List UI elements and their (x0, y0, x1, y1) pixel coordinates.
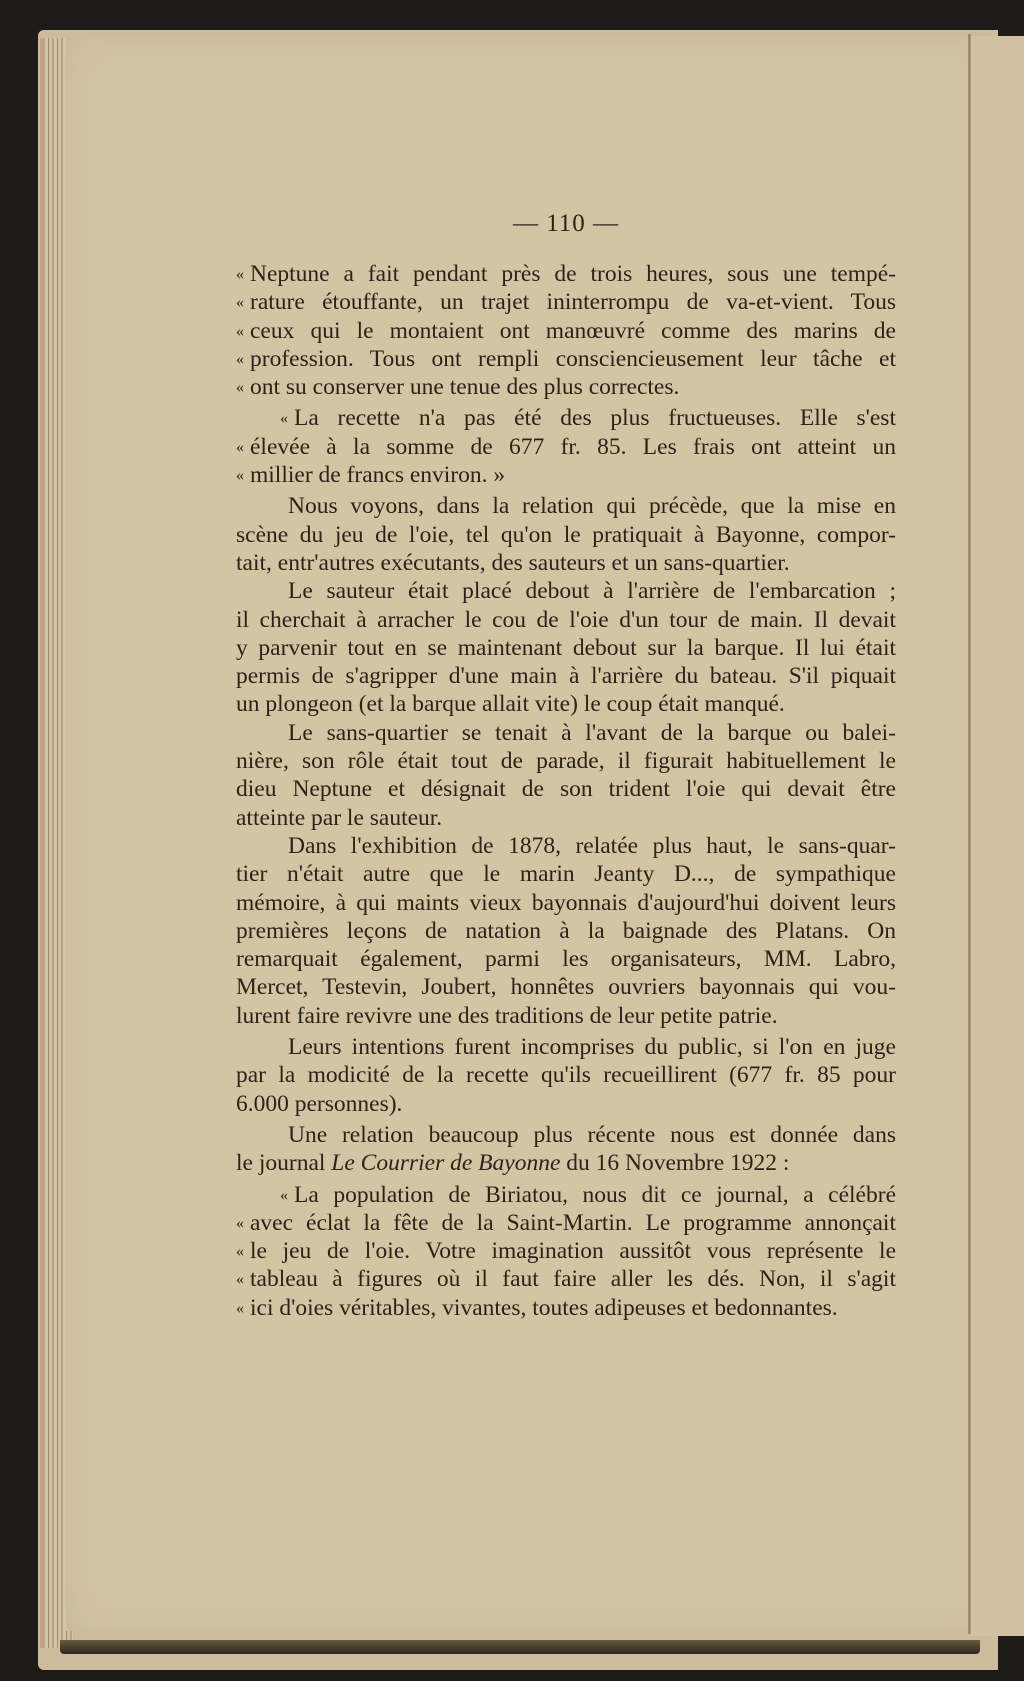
page-bottom-edge (60, 1640, 980, 1654)
text-line: par la modicité de la recette qu'ils rec… (236, 1061, 896, 1089)
facing-page-edge (971, 36, 1024, 1636)
text-line: mémoire, à qui maints vieux bayonnais d'… (236, 889, 896, 917)
text-line: «ont su conserver une tenue des plus cor… (236, 373, 896, 401)
text-line: remarquait également, parmi les organisa… (236, 945, 896, 973)
text-line: nière, son rôle était tout de parade, il… (236, 747, 896, 775)
text-line: lurent faire revivre une des traditions … (236, 1002, 896, 1030)
text-line: «profession. Tous ont rempli consciencie… (236, 345, 896, 373)
text-line: Leurs intentions furent incomprises du p… (236, 1033, 896, 1061)
text-line: «tableau à figures où il faut faire alle… (236, 1265, 896, 1293)
paragraph: Nous voyons, dans la relation qui précèd… (236, 492, 896, 577)
text-line: premières leçons de natation à la baigna… (236, 917, 896, 945)
page-number: — 110 — (236, 210, 896, 238)
text-line: Mercet, Testevin, Joubert, honnêtes ouvr… (236, 973, 896, 1001)
text-line: scène du jeu de l'oie, tel qu'on le prat… (236, 521, 896, 549)
quote-mark: « (236, 266, 244, 283)
text-line: «rature étouffante, un trajet ininterrom… (236, 288, 896, 316)
text-line: tait, entr'autres exécutants, des sauteu… (236, 549, 896, 577)
quote-mark: « (236, 467, 244, 484)
text-line: «le jeu de l'oie. Votre imagination auss… (236, 1237, 896, 1265)
quote-mark: « (236, 1243, 244, 1260)
text-line-with-citation: le journal Le Courrier de Bayonne du 16 … (236, 1149, 896, 1177)
newspaper-title: Le Courrier de Bayonne (331, 1150, 560, 1176)
text-line: «ici d'oies véritables, vivantes, toutes… (236, 1294, 896, 1322)
text-line: «millier de francs environ. » (236, 461, 896, 489)
text-line: 6.000 personnes). (236, 1090, 896, 1118)
paragraph: Dans l'exhibition de 1878, relatée plus … (236, 832, 896, 1030)
quote-mark: « (236, 323, 244, 340)
quote-mark: « (236, 379, 244, 396)
text-line: il cherchait à arracher le cou de l'oie … (236, 606, 896, 634)
paragraph: Le sauteur était placé debout à l'arrièr… (236, 577, 896, 718)
text-line: «élevée à la somme de 677 fr. 85. Les fr… (236, 433, 896, 461)
paragraph: Le sans-quartier se tenait à l'avant de … (236, 719, 896, 832)
text-line: y parvenir tout en se maintenant debout … (236, 634, 896, 662)
quote-mark: « (236, 1215, 244, 1232)
text-line: atteinte par le sauteur. (236, 804, 896, 832)
text-line: Le sans-quartier se tenait à l'avant de … (236, 719, 896, 747)
text-line: «La population de Biriatou, nous dit ce … (236, 1181, 896, 1209)
paragraph-quote: «La recette n'a pas été des plus fructue… (236, 404, 896, 489)
text-line: «ceux qui le montaient ont manœuvré comm… (236, 317, 896, 345)
text-line: dieu Neptune et désignait de son trident… (236, 775, 896, 803)
text-line: Dans l'exhibition de 1878, relatée plus … (236, 832, 896, 860)
text-line: Nous voyons, dans la relation qui précèd… (236, 492, 896, 520)
text-line: tier n'était autre que le marin Jeanty D… (236, 860, 896, 888)
text-line: «Neptune a fait pendant près de trois he… (236, 260, 896, 288)
quote-mark: « (236, 439, 244, 456)
quote-mark: « (236, 351, 244, 368)
paragraph-quote-continued: «Neptune a fait pendant près de trois he… (236, 260, 896, 401)
quote-mark: « (280, 1187, 288, 1204)
quote-mark: « (236, 1300, 244, 1317)
quote-mark: « (236, 294, 244, 311)
paragraph-quote: «La population de Biriatou, nous dit ce … (236, 1181, 896, 1322)
text-line: «La recette n'a pas été des plus fructue… (236, 404, 896, 432)
quote-mark: « (236, 1271, 244, 1288)
text-line: Une relation beaucoup plus récente nous … (236, 1121, 896, 1149)
text-line: «avec éclat la fête de la Saint-Martin. … (236, 1209, 896, 1237)
text-line: Le sauteur était placé debout à l'arrièr… (236, 577, 896, 605)
text-line: permis de s'agripper d'une main à l'arri… (236, 662, 896, 690)
paragraph: Une relation beaucoup plus récente nous … (236, 1121, 896, 1178)
quote-mark: « (280, 410, 288, 427)
text-line: un plongeon (et la barque allait vite) l… (236, 690, 896, 718)
body-text: «Neptune a fait pendant près de trois he… (236, 260, 896, 1322)
paragraph: Leurs intentions furent incomprises du p… (236, 1033, 896, 1118)
